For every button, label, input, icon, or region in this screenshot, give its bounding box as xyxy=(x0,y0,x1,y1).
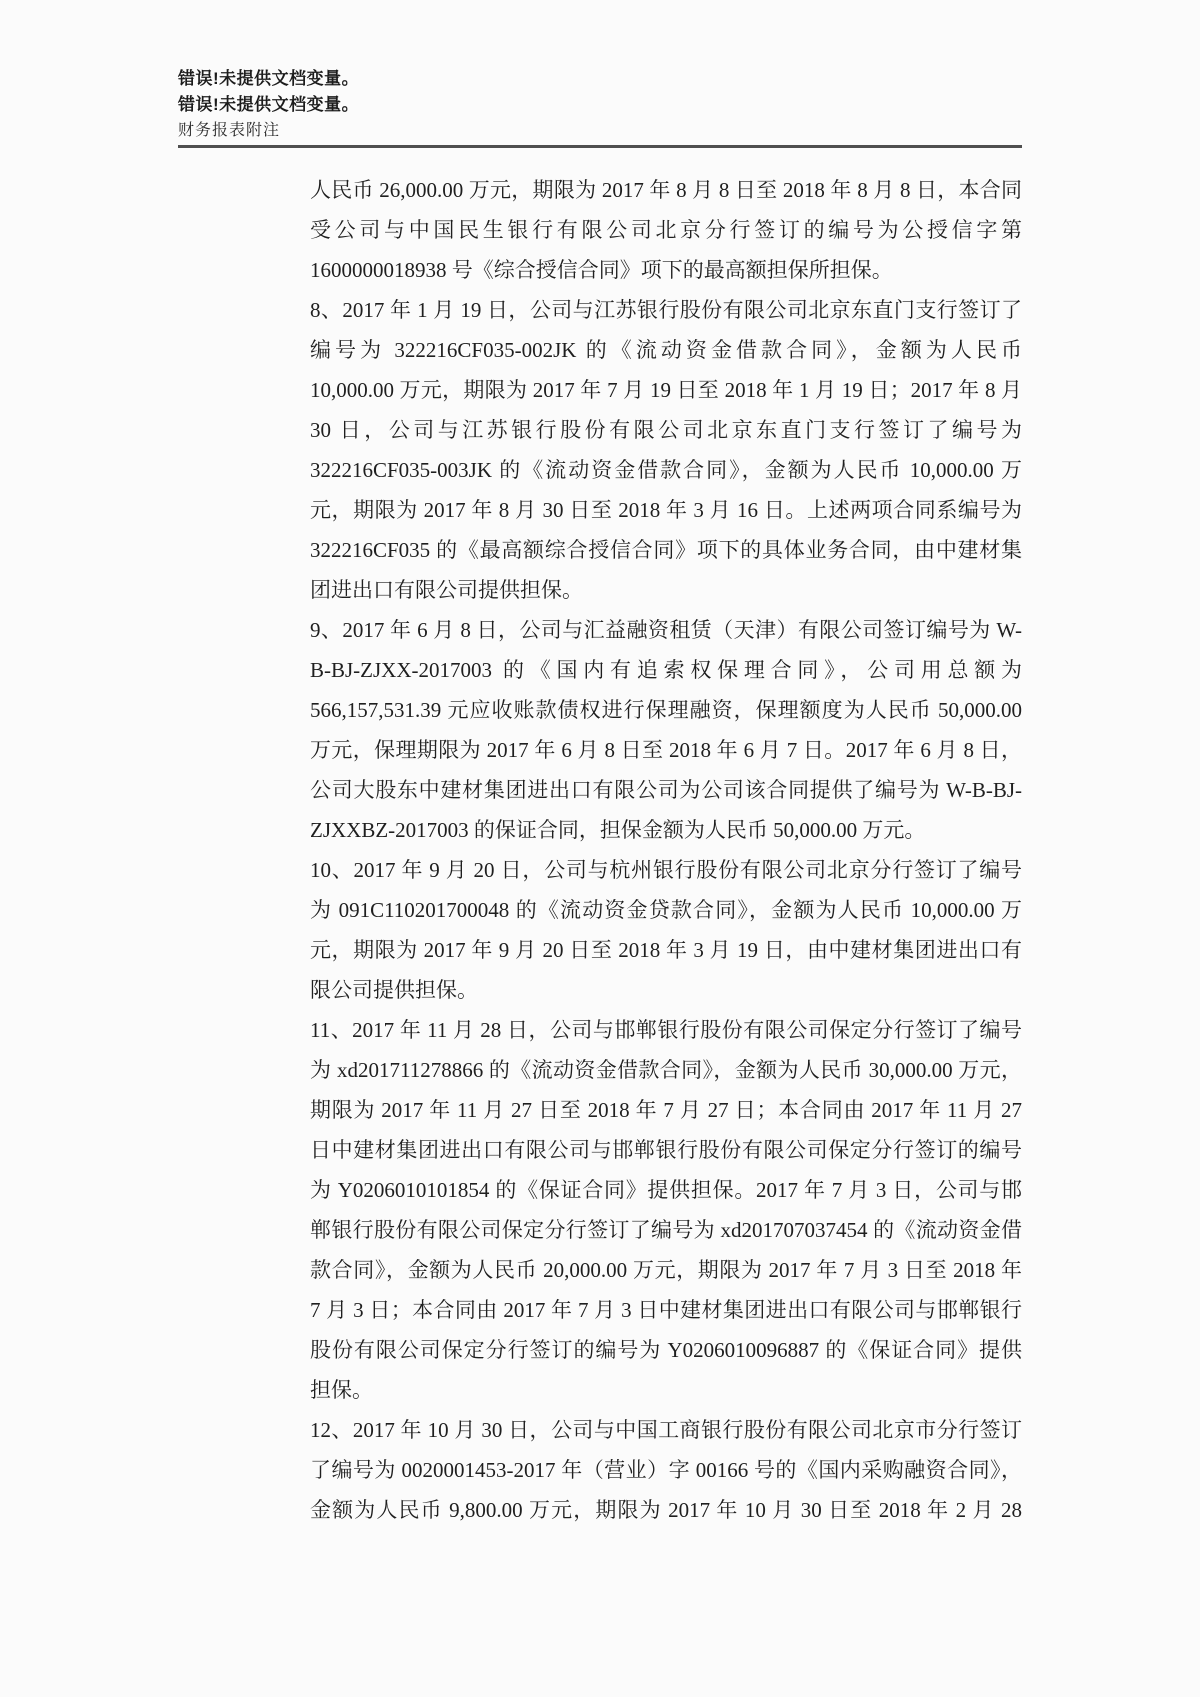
text-line: 郸银行股份有限公司保定分行签订了编号为 xd201707037454 的《流动资… xyxy=(310,1210,1022,1250)
text-line: 566,157,531.39 元应收账款债权进行保理融资，保理额度为人民币 50… xyxy=(310,690,1022,730)
text-line: 团进出口有限公司提供担保。 xyxy=(310,570,1022,610)
text-line: 10、2017 年 9 月 20 日，公司与杭州银行股份有限公司北京分行签订了编… xyxy=(310,850,1022,890)
text-line: 为 xd201711278866 的《流动资金借款合同》，金额为人民币 30,0… xyxy=(310,1050,1022,1090)
header-section-title: 财务报表附注 xyxy=(178,118,1022,143)
text-line: 9、2017 年 6 月 8 日，公司与汇益融资租赁（天津）有限公司签订编号为 … xyxy=(310,610,1022,650)
text-line: 1600000018938 号《综合授信合同》项下的最高额担保所担保。 xyxy=(310,250,1022,290)
page-header: 错误!未提供文档变量。 错误!未提供文档变量。 财务报表附注 xyxy=(178,66,1022,143)
text-line: 款合同》，金额为人民币 20,000.00 万元，期限为 2017 年 7 月 … xyxy=(310,1250,1022,1290)
text-line: 受公司与中国民生银行有限公司北京分行签订的编号为公授信字第 xyxy=(310,210,1022,250)
text-line: 元，期限为 2017 年 9 月 20 日至 2018 年 3 月 19 日，由… xyxy=(310,930,1022,970)
text-line: 元，期限为 2017 年 8 月 30 日至 2018 年 3 月 16 日。上… xyxy=(310,490,1022,530)
text-line: 金额为人民币 9,800.00 万元，期限为 2017 年 10 月 30 日至… xyxy=(310,1490,1022,1530)
document-page: 错误!未提供文档变量。 错误!未提供文档变量。 财务报表附注 人民币 26,00… xyxy=(0,0,1200,1697)
text-line: 人民币 26,000.00 万元，期限为 2017 年 8 月 8 日至 201… xyxy=(310,170,1022,210)
text-line: 日中建材集团进出口有限公司与邯郸银行股份有限公司保定分行签订的编号 xyxy=(310,1130,1022,1170)
text-line: B-BJ-ZJXX-2017003 的《国内有追索权保理合同》，公司用总额为 xyxy=(310,650,1022,690)
document-body: 人民币 26,000.00 万元，期限为 2017 年 8 月 8 日至 201… xyxy=(310,170,1022,1530)
text-line: 8、2017 年 1 月 19 日，公司与江苏银行股份有限公司北京东直门支行签订… xyxy=(310,290,1022,330)
text-line: 7 月 3 日；本合同由 2017 年 7 月 3 日中建材集团进出口有限公司与… xyxy=(310,1290,1022,1330)
header-error-line-2: 错误!未提供文档变量。 xyxy=(178,92,1022,118)
text-line: 编号为 322216CF035-002JK 的《流动资金借款合同》，金额为人民币 xyxy=(310,330,1022,370)
text-line: 了编号为 0020001453-2017 年（营业）字 00166 号的《国内采… xyxy=(310,1450,1022,1490)
text-line: 期限为 2017 年 11 月 27 日至 2018 年 7 月 27 日；本合… xyxy=(310,1090,1022,1130)
text-line: 12、2017 年 10 月 30 日，公司与中国工商银行股份有限公司北京市分行… xyxy=(310,1410,1022,1450)
text-line: 10,000.00 万元，期限为 2017 年 7 月 19 日至 2018 年… xyxy=(310,370,1022,410)
header-error-line-1: 错误!未提供文档变量。 xyxy=(178,66,1022,92)
text-line: 322216CF035 的《最高额综合授信合同》项下的具体业务合同，由中建材集 xyxy=(310,530,1022,570)
text-line: 担保。 xyxy=(310,1370,1022,1410)
text-line: 322216CF035-003JK 的《流动资金借款合同》，金额为人民币 10,… xyxy=(310,450,1022,490)
text-line: 30 日，公司与江苏银行股份有限公司北京东直门支行签订了编号为 xyxy=(310,410,1022,450)
text-line: ZJXXBZ-2017003 的保证合同，担保金额为人民币 50,000.00 … xyxy=(310,810,1022,850)
text-line: 股份有限公司保定分行签订的编号为 Y0206010096887 的《保证合同》提… xyxy=(310,1330,1022,1370)
text-line: 11、2017 年 11 月 28 日，公司与邯郸银行股份有限公司保定分行签订了… xyxy=(310,1010,1022,1050)
header-rule xyxy=(178,145,1022,148)
text-line: 限公司提供担保。 xyxy=(310,970,1022,1010)
text-line: 万元，保理期限为 2017 年 6 月 8 日至 2018 年 6 月 7 日。… xyxy=(310,730,1022,770)
text-line: 公司大股东中建材集团进出口有限公司为公司该合同提供了编号为 W-B-BJ- xyxy=(310,770,1022,810)
text-line: 为 091C110201700048 的《流动资金贷款合同》，金额为人民币 10… xyxy=(310,890,1022,930)
text-line: 为 Y0206010101854 的《保证合同》提供担保。2017 年 7 月 … xyxy=(310,1170,1022,1210)
